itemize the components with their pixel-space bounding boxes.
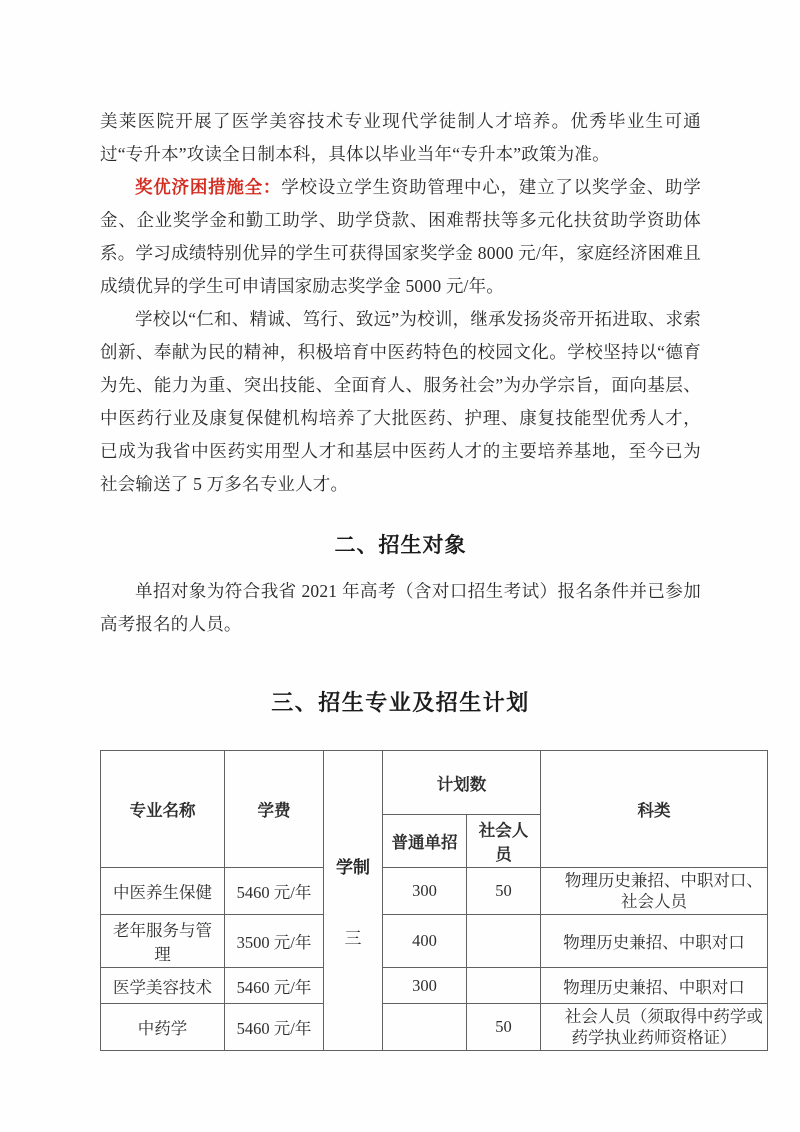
paragraph-scholarship: 奖优济困措施全：学校设立学生资助管理中心，建立了以奖学金、助学金、企业奖学金和勤…: [100, 171, 701, 303]
duration-value: 三: [345, 924, 362, 949]
paragraph-meilai-hospital: 美莱医院开展了医学美容技术专业现代学徒制人才培养。优秀毕业生可通过“专升本”攻读…: [100, 105, 701, 171]
section-heading-enrollment-target: 二、招生对象: [100, 529, 701, 559]
header-major: 专业名称: [101, 751, 225, 868]
cell-plan-social: [467, 915, 541, 968]
cell-major: 老年服务与管理: [101, 915, 225, 968]
header-duration: 学制: [336, 853, 370, 878]
header-plan-general: 普通单招: [383, 815, 467, 868]
paragraph-enrollment-target: 单招对象为符合我省 2021 年高考（含对口招生考试）报名条件并已参加高考报名的…: [100, 575, 701, 641]
table-row: 医学美容技术 5460 元/年 300 物理历史兼招、中职对口: [101, 968, 768, 1004]
cell-plan-general: 300: [383, 868, 467, 915]
cell-plan-general: 300: [383, 968, 467, 1004]
cell-category: 物理历史兼招、中职对口: [541, 968, 768, 1004]
cell-tuition: 5460 元/年: [225, 968, 324, 1004]
cell-plan-social: 50: [467, 1004, 541, 1051]
section-heading-enrollment-plan: 三、招生专业及招生计划: [100, 686, 701, 717]
cell-plan-general: [383, 1004, 467, 1051]
cell-tuition: 5460 元/年: [225, 1004, 324, 1051]
cell-major: 中药学: [101, 1004, 225, 1051]
header-tuition: 学费: [225, 751, 324, 868]
cell-major: 医学美容技术: [101, 968, 225, 1004]
cell-plan-social: [467, 968, 541, 1004]
scholarship-lead-label: 奖优济困措施全：: [135, 177, 281, 197]
cell-category: 物理历史兼招、中职对口、社会人员: [541, 868, 768, 915]
cell-category: 社会人员（须取得中药学或药学执业药师资格证）: [541, 1004, 768, 1051]
table-row: 中医养生保健 5460 元/年 300 50 物理历史兼招、中职对口、社会人员: [101, 868, 768, 915]
cell-tuition: 5460 元/年: [225, 868, 324, 915]
cell-plan-general: 400: [383, 915, 467, 968]
paragraph-school-motto: 学校以“仁和、精诚、笃行、致远”为校训，继承发扬炎帝开拓进取、求索创新、奉献为民…: [100, 303, 701, 501]
table-row: 中药学 5460 元/年 50 社会人员（须取得中药学或药学执业药师资格证）: [101, 1004, 768, 1051]
enrollment-plan-table: 专业名称 学费 学制 三 计划数 科类 普通单招 社会人员 中医养生保健 546…: [100, 750, 768, 1051]
duration-merged-cell: 学制 三: [324, 751, 383, 1051]
table-header-row-1: 专业名称 学费 学制 三 计划数 科类: [101, 751, 768, 815]
duration-cell-content: 学制 三: [328, 853, 378, 949]
table-row: 老年服务与管理 3500 元/年 400 物理历史兼招、中职对口: [101, 915, 768, 968]
cell-tuition: 3500 元/年: [225, 915, 324, 968]
cell-category: 物理历史兼招、中职对口: [541, 915, 768, 968]
document-page: 美莱医院开展了医学美容技术专业现代学徒制人才培养。优秀毕业生可通过“专升本”攻读…: [0, 0, 800, 1132]
header-plan-count: 计划数: [383, 751, 541, 815]
cell-plan-social: 50: [467, 868, 541, 915]
header-category: 科类: [541, 751, 768, 868]
header-plan-social: 社会人员: [467, 815, 541, 868]
cell-major: 中医养生保健: [101, 868, 225, 915]
